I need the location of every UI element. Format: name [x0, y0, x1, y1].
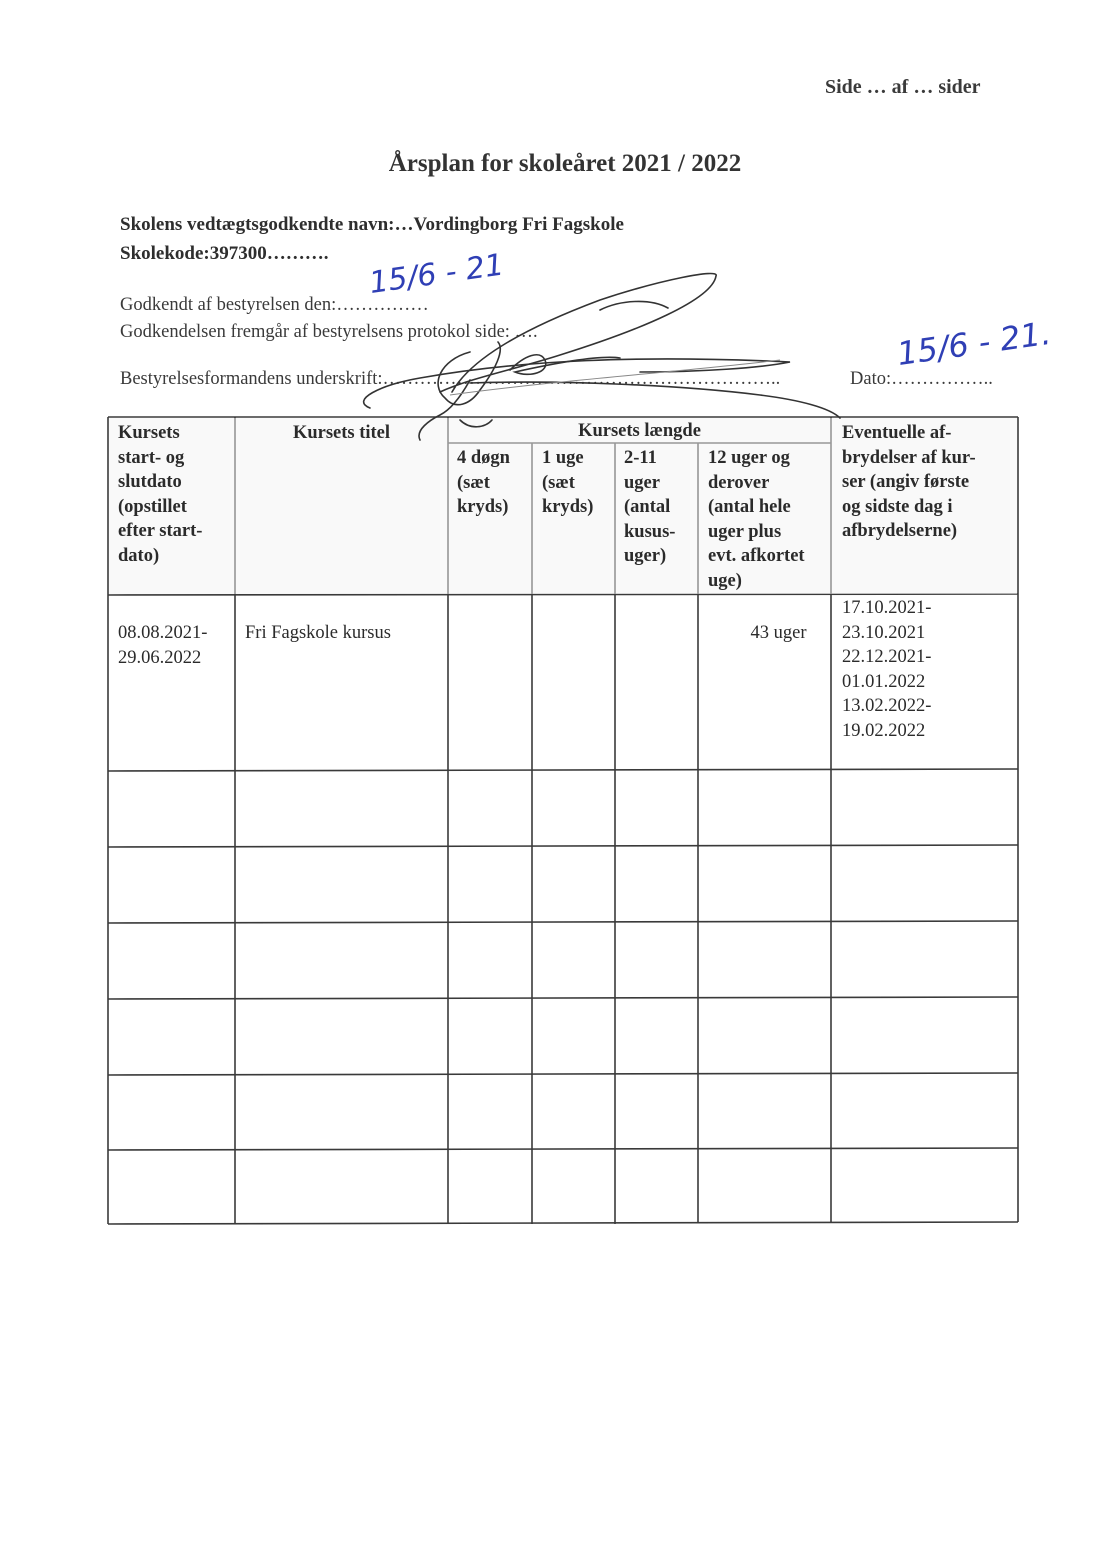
- school-code-label: Skolekode:: [120, 243, 210, 264]
- school-code-value: 397300……….: [210, 243, 329, 264]
- header-length-2-11-weeks: 2-11 uger (antal kusus- uger): [624, 446, 675, 569]
- header-length-12-plus-weeks: 12 uger og derover (antal hele uger plus…: [708, 446, 805, 593]
- header-course-dates: Kursets start- og slutdato (opstillet ef…: [118, 421, 202, 568]
- header-length-1-week: 1 uge (sæt kryds): [542, 446, 593, 520]
- page-indicator: Side … af … sider: [825, 76, 981, 99]
- header-course-title: Kursets titel: [235, 421, 448, 446]
- approved-handwritten-date: 15/6 - 21: [367, 247, 506, 301]
- header-course-length: Kursets længde: [448, 419, 831, 444]
- school-name-label: Skolens vedtægtsgodkendte navn:…: [120, 214, 414, 235]
- school-name-line: Skolens vedtægtsgodkendte navn:…Vordingb…: [120, 214, 624, 236]
- signature-field-label: Bestyrelsesformandens underskrift:…………………: [120, 369, 780, 390]
- page-title: Årsplan for skoleåret 2021 / 2022: [0, 150, 1100, 178]
- signature-date-label: Dato:……………..: [850, 369, 993, 390]
- header-length-4-days: 4 døgn (sæt kryds): [457, 446, 510, 520]
- signature-handwritten-date: 15/6 - 21.: [895, 314, 1053, 373]
- row-length-12-plus-weeks: 43 uger: [698, 621, 831, 646]
- header-interruptions: Eventuelle af- brydelser af kur- ser (an…: [842, 421, 976, 544]
- row-course-dates: 08.08.2021- 29.06.2022: [118, 621, 207, 670]
- school-code-line: Skolekode:397300……….: [120, 243, 329, 265]
- protocol-page-label: Godkendelsen fremgår af bestyrelsens pro…: [120, 322, 538, 343]
- row-interruptions: 17.10.2021- 23.10.2021 22.12.2021- 01.01…: [842, 596, 931, 743]
- school-name-value: Vordingborg Fri Fagskole: [414, 214, 624, 235]
- row-course-title: Fri Fagskole kursus: [245, 621, 391, 646]
